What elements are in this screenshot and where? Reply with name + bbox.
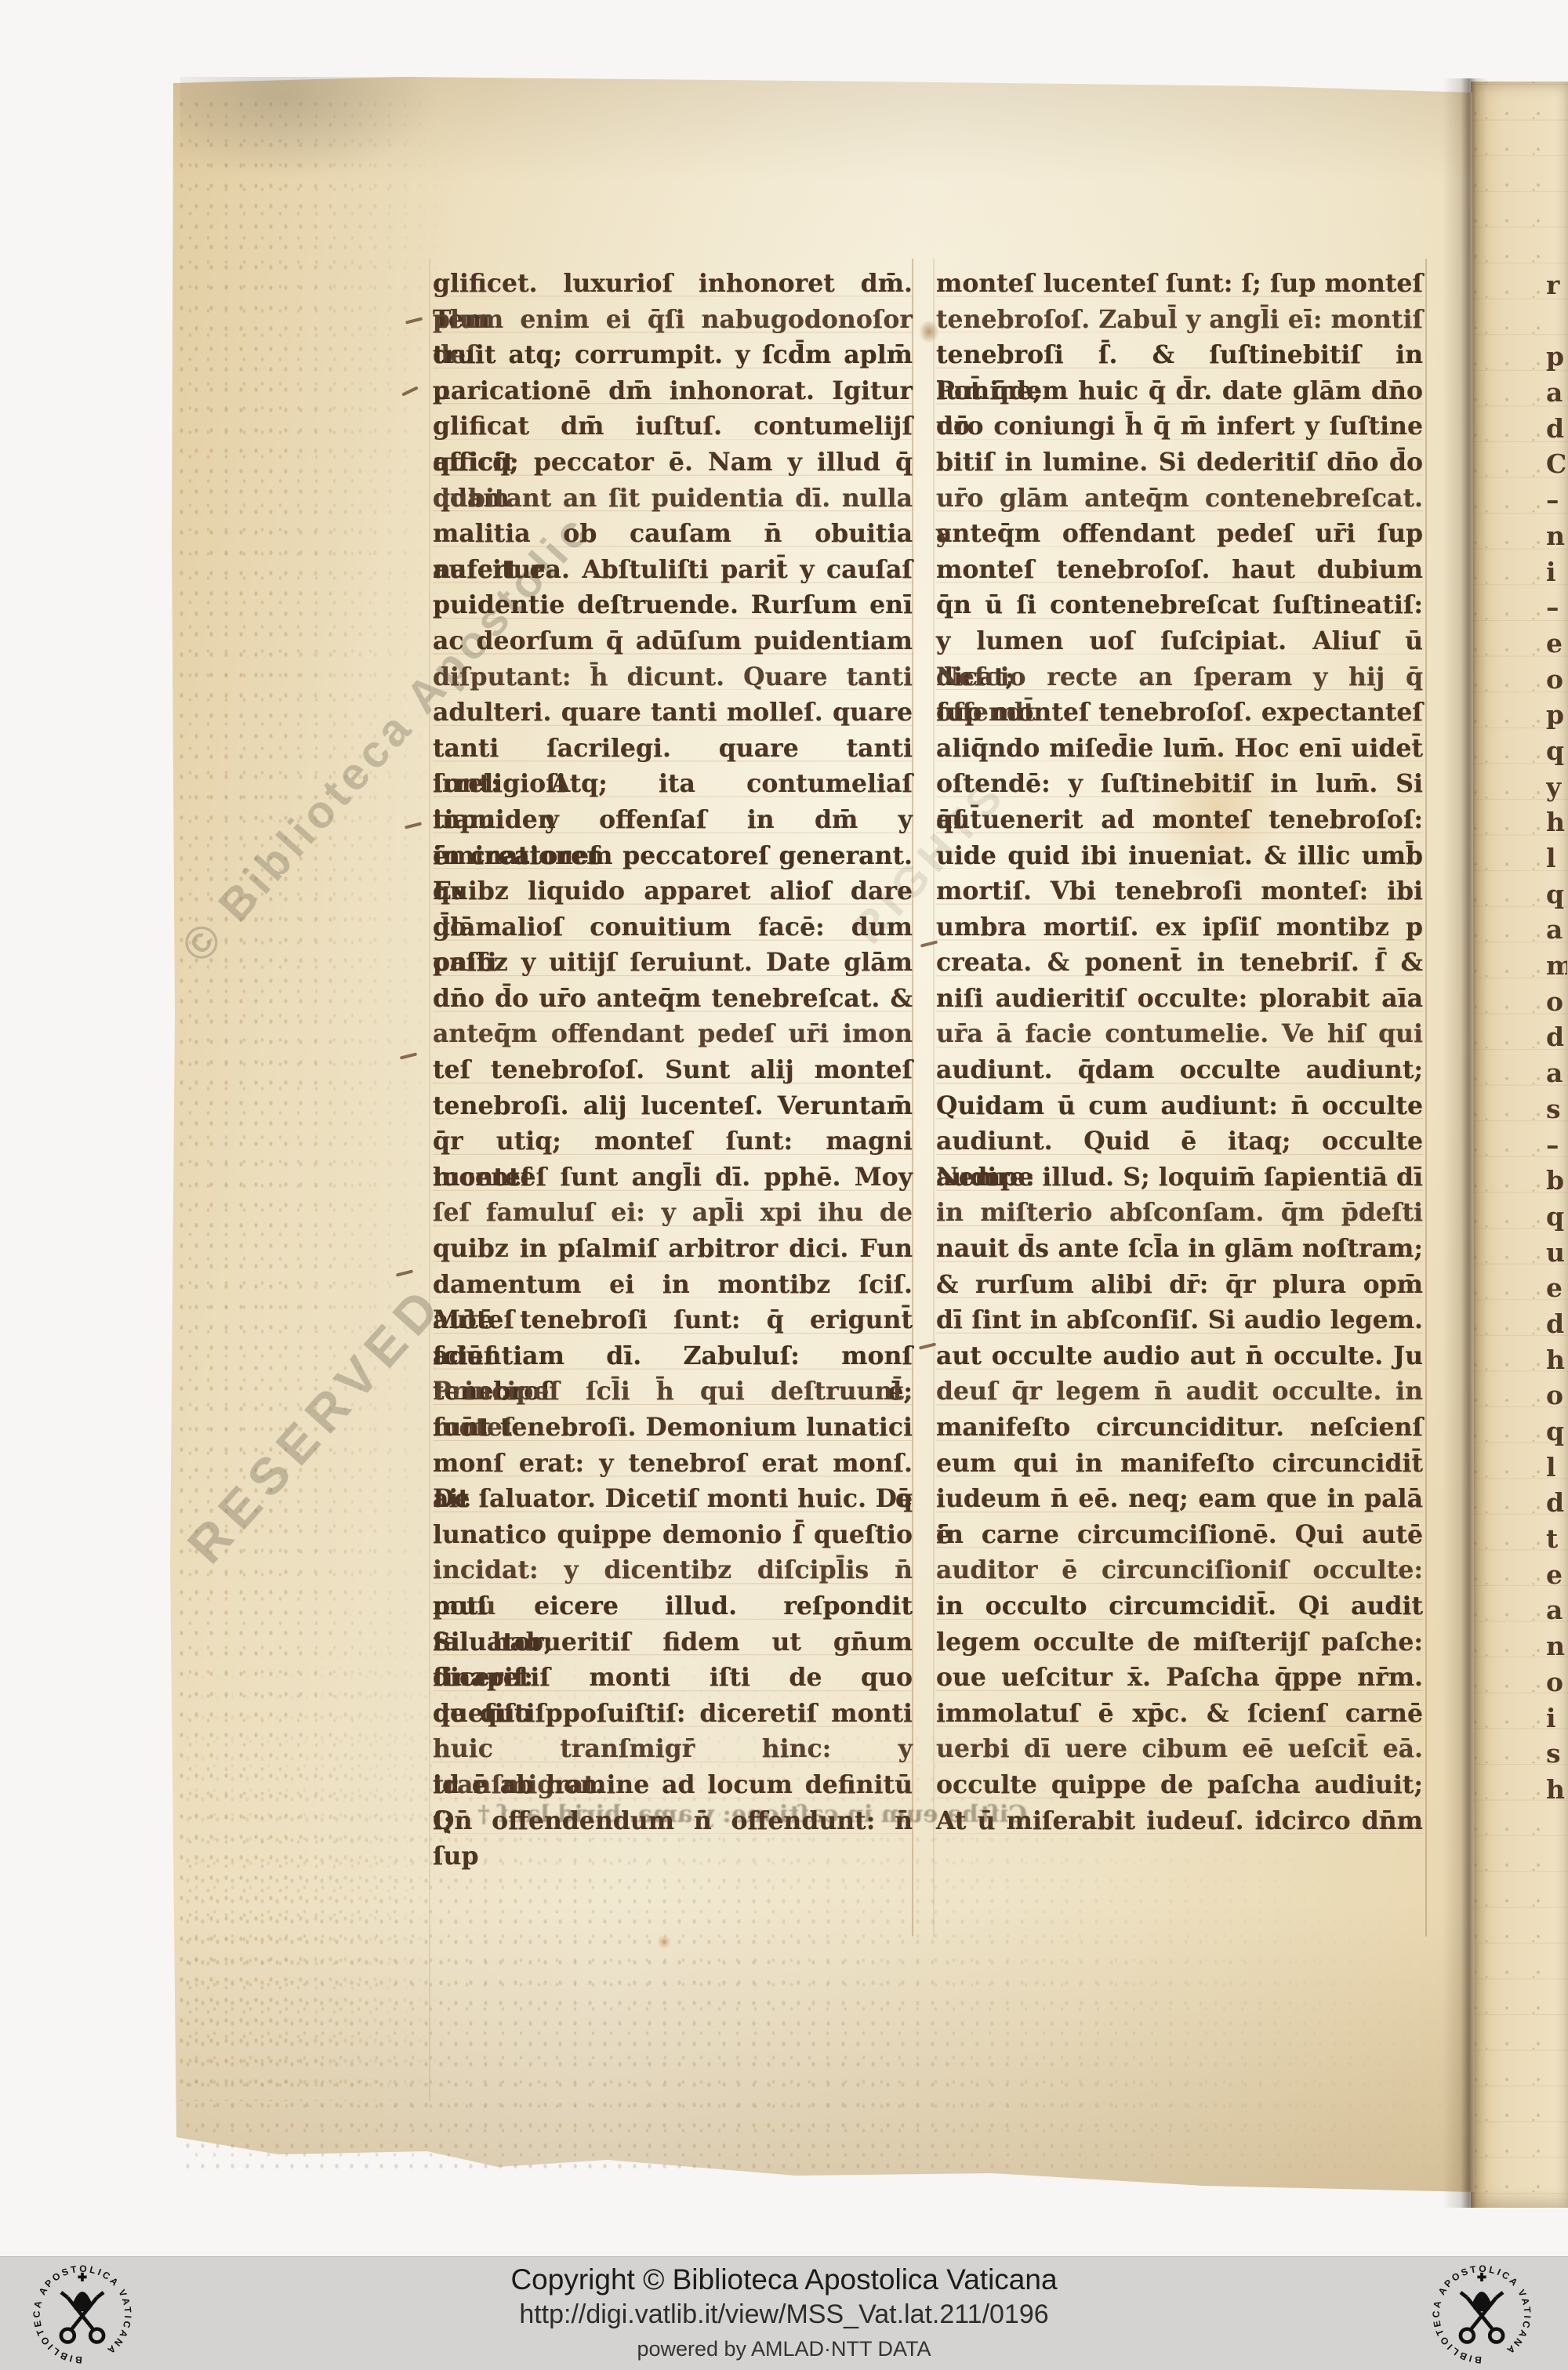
manuscript-line: de quo ppoſuiſtiſ: diceretiſ monti bbox=[433, 1696, 913, 1732]
manuscript-line: ſunt: Atq; ita contumeliaſ inpuiden bbox=[433, 766, 913, 802]
edge-glyph-fragment: a bbox=[1546, 1592, 1567, 1628]
edge-glyph-fragment: n bbox=[1546, 518, 1567, 554]
edge-glyph-fragment: h bbox=[1546, 1342, 1567, 1378]
edge-glyph-fragment: d bbox=[1546, 1019, 1567, 1055]
edge-glyph-fragment: h bbox=[1546, 1772, 1567, 1808]
manuscript-line: monteſ tenebroſoſ. haut dubium bbox=[936, 552, 1423, 588]
manuscript-line: audiunt. q̄dam occulte audiunt; bbox=[936, 1052, 1423, 1088]
edge-glyph-fragment: p bbox=[1546, 697, 1567, 733]
edge-glyph-fragment: q bbox=[1546, 733, 1567, 769]
edge-glyph-fragment: t bbox=[1546, 1521, 1567, 1557]
edge-glyph-fragment: l bbox=[1546, 1450, 1567, 1486]
manuscript-line: ſunt tenebroſi. Demonium lunatici bbox=[433, 1410, 913, 1446]
manuscript-line: ac deorſum q̄ adūſum puidentiam bbox=[433, 623, 913, 659]
manuscript-line: umbra mortiſ. ex ipſiſ montibz p bbox=[936, 909, 1423, 945]
page-edge-fragments: rpadC–ni–eopqyhlqamodas–bquedhoqldteanoi… bbox=[1546, 267, 1567, 1808]
manuscript-line: uerbi dī uere cibum eē ueſcit̄ eā. bbox=[936, 1731, 1423, 1767]
edge-glyph-fragment: o bbox=[1546, 1664, 1567, 1700]
manuscript-line: occulte quippe de paſcha audiuit; bbox=[936, 1767, 1423, 1803]
url-text: http://digi.vatlib.it/view/MSS_Vat.lat.2… bbox=[0, 2299, 1568, 2330]
manuscript-line: quibz liquido apparet alioſ dare glām bbox=[433, 873, 913, 909]
manuscript-line: tenebroſi ſ̄. & ſuſtinebitiſ in lumine; bbox=[936, 337, 1423, 373]
manuscript-line: incidat: y dicentibz diſcipl̄is n̄ potu bbox=[433, 1552, 913, 1588]
manuscript-line: ſup monteſ tenebroſoſ. expectanteſ bbox=[936, 695, 1423, 731]
edge-glyph-fragment: – bbox=[1546, 590, 1567, 626]
manuscript-line: quicq̄; peccator ē. Nam y illud q̄ qdam bbox=[433, 445, 913, 481]
manuscript-line: autē tenebroſi ſunt: q̄ erigunt̄ adūſ bbox=[433, 1302, 913, 1338]
manuscript-line: y lumen uoſ ſuſcipiat. Aliuſ ū dicat; bbox=[936, 623, 1423, 659]
edge-glyph-fragment: b bbox=[1546, 1163, 1567, 1199]
manuscript-line: ur̄o coniungi h̄ q̄ m̄ infert y ſuſtine bbox=[936, 408, 1423, 445]
edge-glyph-fragment: o bbox=[1546, 1377, 1567, 1414]
manuscript-line: Qn̄ offendendum n̄ offendunt: n̄ ſup bbox=[433, 1803, 913, 1839]
manuscript-line: auditor ē circunciſioniſ occulte: bbox=[936, 1552, 1423, 1588]
manuscript-line: eum qui in manifeſto circuncidit̄ bbox=[936, 1446, 1423, 1482]
edge-glyph-fragment: s bbox=[1546, 1736, 1567, 1772]
manuscript-line: At ū miſerabit iudeuſ. idcirco dn̄m bbox=[936, 1803, 1423, 1839]
edge-glyph-fragment bbox=[1546, 303, 1567, 339]
manuscript-line: q̄n ū ſi contenebreſcat ſuſtineatiſ: bbox=[936, 587, 1423, 623]
edge-glyph-fragment: – bbox=[1546, 482, 1567, 518]
manuscript-line: dn̄o d̄o ur̄o anteq̄m tenebreſcat. & bbox=[433, 981, 913, 1017]
digitized-manuscript-viewer: rpadC–ni–eopqyhlqamodas–bquedhoqldteanoi… bbox=[0, 0, 1568, 2370]
manuscript-line: q̄r utiq; monteſ ſunt: magni monteſ bbox=[433, 1123, 913, 1160]
manuscript-line: ſeſ famuluſ ei: y apl̄i xpi ihu de bbox=[433, 1195, 913, 1231]
manuscript-line: ur̄o glām anteq̄m contenebreſcat. y bbox=[936, 481, 1423, 517]
papal-tiara-icon bbox=[73, 2273, 92, 2311]
manuscript-line: d̄o. alioſ conuitium facē: dum paſſi bbox=[433, 909, 913, 945]
edge-glyph-fragment: o bbox=[1546, 984, 1567, 1020]
manuscript-line: Pot̄ q̄dem huic q̄ d̄r. date glām dn̄o d… bbox=[936, 373, 1423, 409]
footer-bar: Copyright © Biblioteca Apostolica Vatica… bbox=[0, 2256, 1568, 2370]
manuscript-line: in occulto circumcidit̄. Qi audit bbox=[936, 1588, 1423, 1624]
manuscript-line: tiam. y offenſaſ in dm̄ y ēminationeſ bbox=[433, 802, 913, 838]
edge-glyph-fragment: m bbox=[1546, 948, 1567, 984]
manuscript-line: oue ueſcitur x̄. Paſcha q̄ppe nr̄m. bbox=[936, 1660, 1423, 1696]
manuscript-line: audiunt. Quid ē itaq; occulte audire: bbox=[936, 1123, 1423, 1160]
edge-glyph-fragment: q bbox=[1546, 877, 1567, 913]
edge-glyph-fragment: o bbox=[1546, 662, 1567, 698]
edge-glyph-fragment: e bbox=[1546, 626, 1567, 662]
edge-glyph-fragment: s bbox=[1546, 1091, 1567, 1127]
manuscript-line: q̄ſ uenerit ad monteſ tenebroſoſ: bbox=[936, 802, 1423, 838]
manuscript-line: aut occulte audio aut n̄ occulte. Ju bbox=[936, 1338, 1423, 1374]
manuscript-line: bitiſ in lumine. Si dederitiſ dn̄o d̄o bbox=[936, 445, 1423, 481]
manuscript-line: uaricationē dm̄ inhonorat. Igitur bbox=[433, 373, 913, 409]
ruling-line bbox=[933, 259, 935, 1936]
manuscript-line: in miſterio abſconſam. q̄m p̄deſti bbox=[936, 1195, 1423, 1231]
manuscript-line: immolatuſ ē xp̄c. & ſcienſ carnē bbox=[936, 1696, 1423, 1732]
manuscript-line: oſtendē: y ſuſtinebitiſ in lum̄. Si aut̄ bbox=[936, 766, 1423, 802]
manuscript-line: iudeum n̄ eē. neq; eam que in palā ē bbox=[936, 1481, 1423, 1517]
edge-glyph-fragment: e bbox=[1546, 1557, 1567, 1593]
edge-glyph-fragment: p bbox=[1546, 339, 1567, 375]
edge-glyph-fragment: C bbox=[1546, 446, 1567, 482]
manuscript-line: mortiſ. Vbi tenebroſi monteſ: ibi bbox=[936, 873, 1423, 909]
manuscript-line: lucenteſ ſunt angl̄i dī. pphē. Moy bbox=[433, 1160, 913, 1196]
manuscript-line: diceretiſ monti iſti de quo queſiſtiſ. bbox=[433, 1660, 913, 1696]
manuscript-line: anteq̄m offendant pedeſ ur̄i ſup bbox=[936, 516, 1423, 552]
manuscript-line: teſ tenebroſoſ. Sunt alij monteſ bbox=[433, 1052, 913, 1088]
manuscript-line: Quidam ū cum audiunt: n̄ occulte bbox=[936, 1088, 1423, 1124]
manuscript-line: niſi audieritiſ occulte: plorabit aīa bbox=[936, 981, 1423, 1017]
manuscript-line: plum enim ei q̄ſi nabugodonoſor deſ bbox=[433, 302, 913, 338]
manuscript-line: manifeſto circunciditur. neſcienſ bbox=[936, 1410, 1423, 1446]
manuscript-line: ait ſaluator. Dicetiſ monti huic. De bbox=[433, 1481, 913, 1517]
manuscript-line: ur̄a ā facie contumelie. Ve hiſ qui bbox=[936, 1016, 1423, 1052]
manuscript-line: anteq̄m offendant pedeſ ur̄i imon bbox=[433, 1016, 913, 1052]
edge-glyph-fragment: u bbox=[1546, 1235, 1567, 1271]
manuscript-line: glificet. luxurioſ inhonoret dm̄. Tem bbox=[433, 266, 913, 302]
edge-glyph-fragment: l bbox=[1546, 840, 1567, 877]
manuscript-line: truit atq; corrumpit. y ſcd̄m aplm̄ p bbox=[433, 337, 913, 373]
edge-glyph-fragment: a bbox=[1546, 375, 1567, 411]
manuscript-line: Si habueritiſ fidem ut gn̄um ſinapiſ: bbox=[433, 1624, 913, 1660]
left-text-column: glificet. luxurioſ inhonoret dm̄. Templu… bbox=[433, 266, 913, 1838]
manuscript-line: malitia ob cauſam n̄ obuitia naſcitur bbox=[433, 516, 913, 552]
edge-glyph-fragment: a bbox=[1546, 912, 1567, 948]
edge-glyph-fragment: i bbox=[1546, 554, 1567, 590]
edge-glyph-fragment: y bbox=[1546, 769, 1567, 805]
edge-glyph-fragment: i bbox=[1546, 1700, 1567, 1737]
edge-glyph-fragment: d bbox=[1546, 411, 1567, 447]
manuscript-line: adulteri. quare tanti molleſ. quare bbox=[433, 695, 913, 731]
manuscript-line: diſputant: h̄ dicunt. Quare tanti bbox=[433, 659, 913, 695]
ruling-line bbox=[429, 259, 430, 2101]
edge-glyph-fragment: a bbox=[1546, 1055, 1567, 1091]
edge-glyph-fragment: d bbox=[1546, 1306, 1567, 1342]
manuscript-line: tenebroſoſ. Zabul̄ y angl̄i eī: montiſ bbox=[936, 302, 1423, 338]
ruling-line bbox=[1425, 259, 1427, 1936]
manuscript-line: onibz y uitijſ ſeruiunt. Date glām bbox=[433, 945, 913, 981]
manuscript-line: legem occulte de miſterijſ paſche: bbox=[936, 1624, 1423, 1660]
manuscript-line: Principeſ ſcl̄i h̄ qui deſtruunt̄. mōteſ bbox=[433, 1374, 913, 1410]
edge-glyph-fragment: – bbox=[1546, 1127, 1567, 1163]
manuscript-line: & rurſum alibi dr̄: q̄r plura opm̄ bbox=[936, 1267, 1423, 1303]
edge-glyph-fragment: q bbox=[1546, 1199, 1567, 1235]
manuscript-line: lunatico quippe demonio ſ̄ queſtio bbox=[433, 1517, 913, 1553]
manuscript-line: damentum ei in montibz ſciſ. Mōteſ bbox=[433, 1267, 913, 1303]
manuscript-line: tenebroſi. alij lucenteſ. Veruntam̄ bbox=[433, 1088, 913, 1124]
manuscript-line: ſcientiam dī. Zabuluſ: monſ tenebroſ ē; bbox=[433, 1338, 913, 1374]
manuscript-line: dī ſint in abſconſiſ. Si audio legem. bbox=[936, 1302, 1423, 1338]
manuscript-line: muſ eicere illud. reſpondit ſaluator; bbox=[433, 1588, 913, 1624]
edge-glyph-fragment: d bbox=[1546, 1485, 1567, 1521]
manuscript-line: monteſ lucenteſ ſunt: ſ; ſup monteſ bbox=[936, 266, 1423, 302]
manuscript-line: monſ erat: y tenebroſ erat monſ. De q̄ bbox=[433, 1446, 913, 1482]
manuscript-line: aliq̄ndo miſed̄ie lum̄. Hoc enī uidet̄ bbox=[936, 731, 1423, 767]
manuscript-line: quibz in pſalmiſ arbitror dici. Fun bbox=[433, 1231, 913, 1267]
vatican-library-logo-right: BIBLIOTECA APOSTOLICA VATICANA bbox=[1427, 2259, 1537, 2369]
papal-tiara-icon bbox=[1472, 2273, 1491, 2311]
powered-by-text: powered by AMLAD·NTT DATA bbox=[0, 2337, 1568, 2361]
manuscript-line: deuſ q̄r legem n̄ audit occulte. in bbox=[936, 1374, 1423, 1410]
edge-glyph-fragment: r bbox=[1546, 267, 1567, 303]
manuscript-line: dubitant an ſit puidentia dī. nulla bbox=[433, 481, 913, 517]
manuscript-line: uide quid ibi inueniat. & illic umb̄ bbox=[936, 838, 1423, 874]
manuscript-line: puidentie deſtruende. Rurſum enī bbox=[433, 587, 913, 623]
manuscript-line: huic tranſmigr̄ hinc: y tranſmigrat. bbox=[433, 1731, 913, 1767]
edge-glyph-fragment: n bbox=[1546, 1628, 1567, 1664]
edge-glyph-fragment: e bbox=[1546, 1270, 1567, 1306]
manuscript-line: nauit d̄s ante ſcl̄a in glām noſtram; bbox=[936, 1231, 1423, 1267]
manuscript-line: glificat dm̄ iuſtuſ. contumelijſ afficit bbox=[433, 408, 913, 445]
manuscript-line: id ē ab homine ad locum definitū ſ; bbox=[433, 1767, 913, 1803]
book-gutter-shadow bbox=[1443, 78, 1488, 2208]
edge-glyph-fragment: q bbox=[1546, 1414, 1567, 1450]
manuscript-line: tanti ſacrilegi. quare tanti irreligioſi bbox=[433, 731, 913, 767]
manuscript-line: in creatorem peccatoreſ generant. Ex bbox=[433, 838, 913, 874]
vatican-library-logo-left: BIBLIOTECA APOSTOLICA VATICANA bbox=[27, 2259, 137, 2369]
manuscript-line: aufert ea. Abſtuliſti parit̄ y cauſaſ bbox=[433, 552, 913, 588]
manuscript-line: Neſcio recte an ſperam y hij q̄ offendt̄ bbox=[936, 659, 1423, 695]
edge-glyph-fragment: h bbox=[1546, 804, 1567, 840]
manuscript-line: in carne circumciſionē. Qui autē bbox=[936, 1517, 1423, 1553]
manuscript-line: Nempe illud. S; loquim̄ ſapientiā dī bbox=[936, 1160, 1423, 1196]
manuscript-line: creata. & ponent̄ in tenebriſ. ſ̄ & bbox=[936, 945, 1423, 981]
copyright-text: Copyright © Biblioteca Apostolica Vatica… bbox=[0, 2263, 1568, 2296]
right-text-column: monteſ lucenteſ ſunt: ſ; ſup monteſteneb… bbox=[936, 266, 1423, 1838]
